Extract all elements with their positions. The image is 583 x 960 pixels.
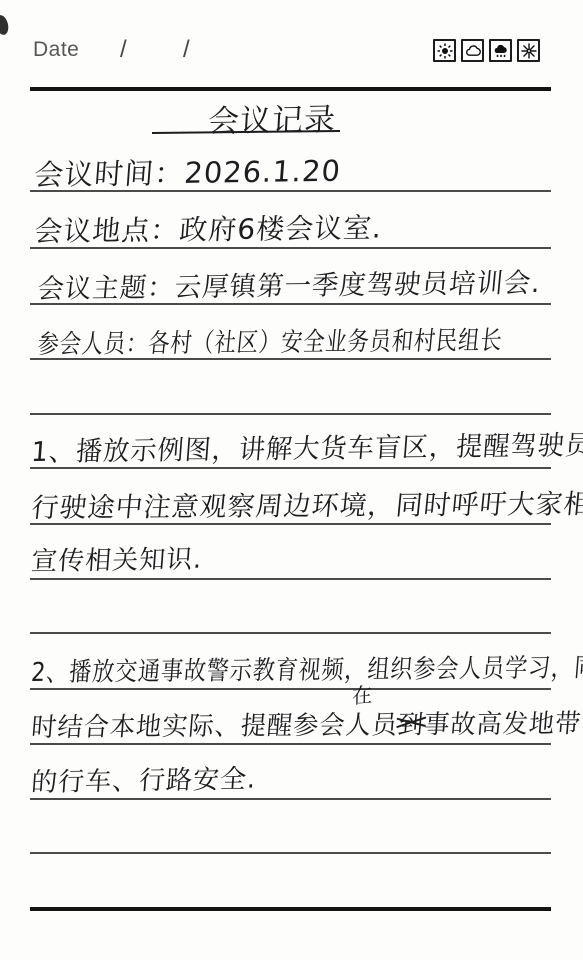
date-slash-2: / [183, 36, 190, 64]
notebook-page: Date / / [0, 0, 583, 960]
item2-line2-before: 时结合本地实际、提醒参会人员 [30, 710, 399, 743]
ruled-line [30, 578, 551, 580]
date-label: Date [33, 38, 79, 62]
bottom-rule [30, 907, 551, 911]
sun-icon [433, 39, 456, 62]
header-rule [30, 87, 551, 91]
cloud-icon [461, 39, 484, 62]
item2-line2: 时结合本地实际、提醒参会人员到事故高发地带 在 [30, 703, 583, 744]
item2-line1: 2、播放交通事故警示教育视频，组织参会人员学习，同 [30, 647, 583, 689]
crossed-out-char: 到 [397, 704, 426, 741]
meeting-attendees-line: 参会人员：各村（社区）安全业务员和村民组长 [36, 320, 505, 361]
weather-icons [433, 39, 540, 62]
scan-smudge [0, 14, 10, 36]
meeting-topic-line: 会议主题：云厚镇第一季度驾驶员培训会. [36, 261, 543, 306]
date-slash-1: / [120, 36, 127, 64]
inserted-correction-char: 在 [352, 679, 374, 711]
item1-line3: 宣传相关知识. [30, 539, 204, 578]
item1-line1: 1、播放示例图，讲解大货车盲区，提醒驾驶员 [30, 423, 583, 469]
item2-line2-after: 事故高发地带 [423, 709, 583, 740]
meeting-place-line: 会议地点：政府6楼会议室. [33, 206, 384, 250]
rain-icon [489, 39, 512, 62]
meeting-time-line: 会议时间：2026.1.20 [33, 149, 343, 194]
item2-line3: 的行车、行路安全. [30, 758, 258, 799]
ruled-line [30, 798, 551, 800]
ruled-line [30, 852, 551, 854]
item1-line2: 行驶途中注意观察周边环境，同时呼吁大家相互 [30, 482, 583, 525]
ruled-line [30, 413, 551, 415]
ruled-line [30, 632, 551, 634]
snowflake-icon [517, 39, 540, 62]
note-title: 会议记录 [207, 94, 337, 141]
